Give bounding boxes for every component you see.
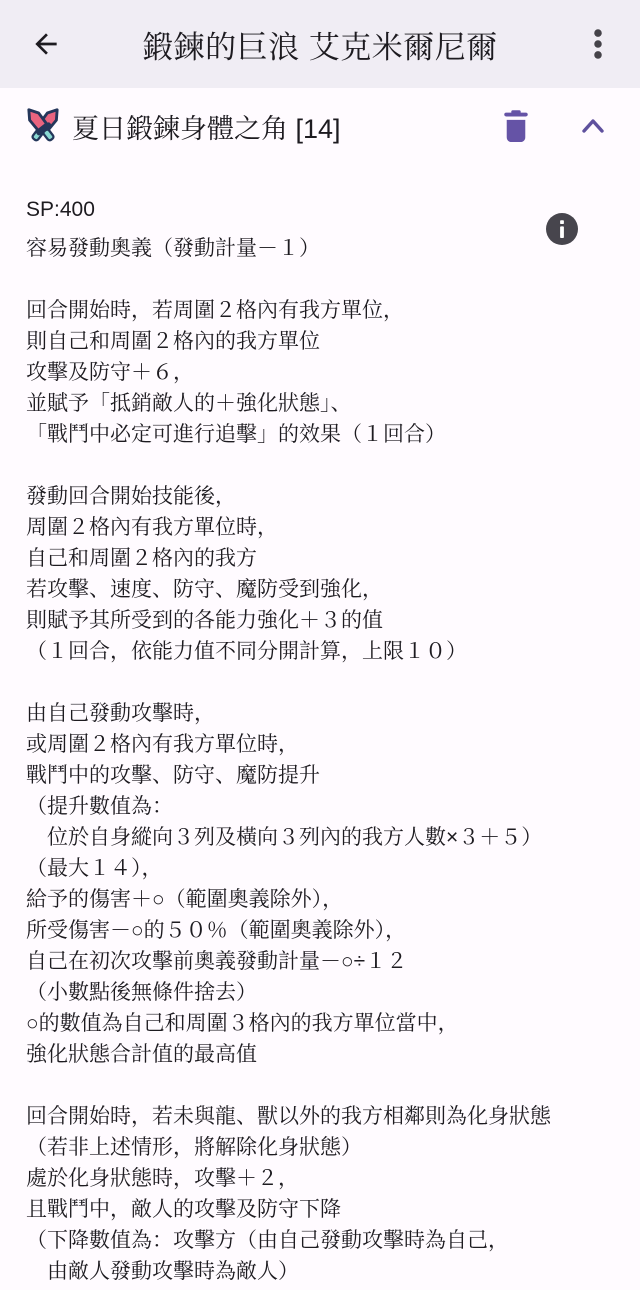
kebab-menu-icon <box>583 27 613 61</box>
description-paragraph: 回合開始時，若未與龍、獸以外的我方相鄰則為化身狀態 （若非上述情形，將解除化身狀… <box>26 1101 600 1287</box>
info-button[interactable] <box>546 213 578 245</box>
chevron-up-icon <box>578 115 608 137</box>
description-paragraph: 由自己發動攻擊時， 或周圍２格內有我方單位時， 戰鬥中的攻擊、防守、魔防提升 （… <box>26 698 600 1070</box>
info-icon <box>546 213 578 245</box>
skill-header-row[interactable]: 夏日鍛鍊身體之角 [14] <box>0 88 640 164</box>
overflow-menu-button[interactable] <box>576 22 620 66</box>
collapse-button[interactable] <box>578 111 608 141</box>
skill-detail-screen: 鍛鍊的巨浪 艾克米爾尼爾 <box>0 0 640 1290</box>
arrow-left-icon <box>30 28 62 60</box>
app-bar: 鍛鍊的巨浪 艾克米爾尼爾 <box>0 0 640 88</box>
crossed-swords-icon <box>20 103 66 149</box>
description-paragraph: 回合開始時，若周圍２格內有我方單位， 則自己和周圍２格內的我方單位 攻擊及防守＋… <box>26 295 600 450</box>
page-title: 鍛鍊的巨浪 艾克米爾尼爾 <box>80 0 560 88</box>
trash-icon <box>499 108 533 144</box>
description-paragraph: 容易發動奧義（發動計量－１） <box>26 233 600 264</box>
skill-description: SP:400 容易發動奧義（發動計量－１）回合開始時，若周圍２格內有我方單位， … <box>0 164 640 1287</box>
sp-cost: SP:400 <box>26 194 600 225</box>
description-paragraph: 發動回合開始技能後， 周圍２格內有我方單位時， 自己和周圍２格內的我方 若攻擊、… <box>26 481 600 667</box>
delete-skill-button[interactable] <box>498 108 534 144</box>
back-button[interactable] <box>24 22 68 66</box>
skill-name: 夏日鍛鍊身體之角 [14] <box>72 107 498 146</box>
